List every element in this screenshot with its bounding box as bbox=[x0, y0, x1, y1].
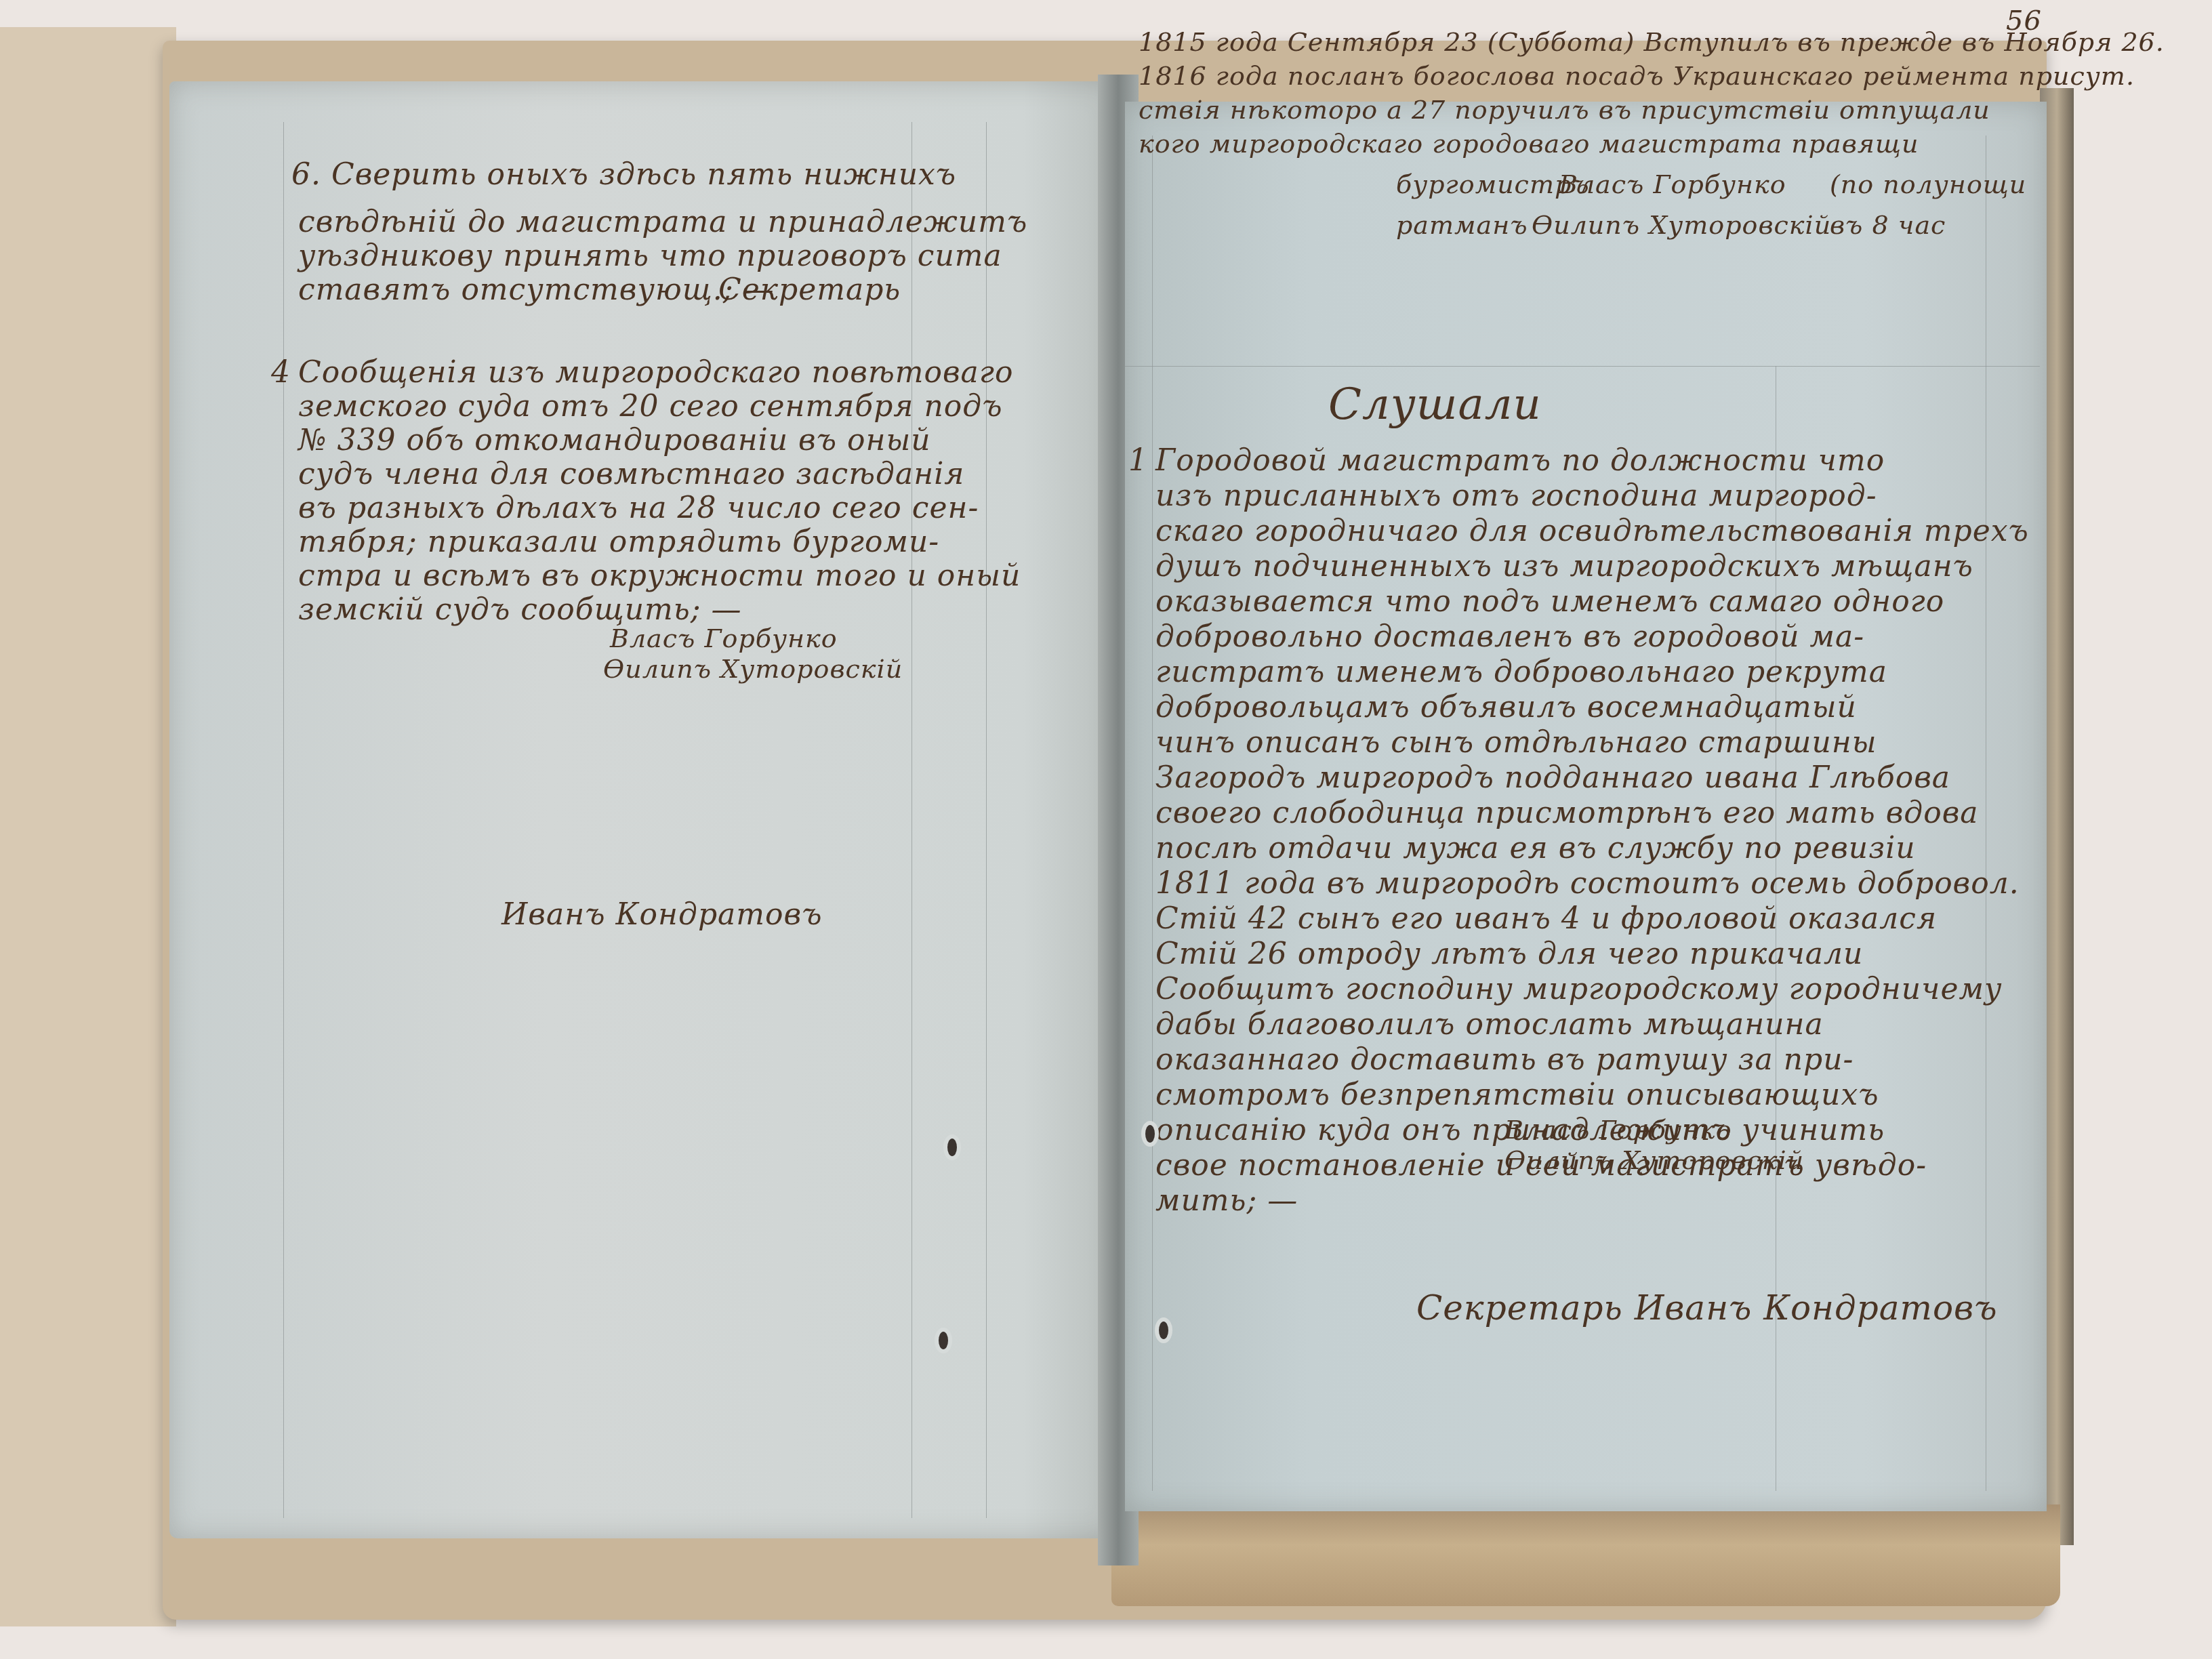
binding-hole bbox=[947, 1139, 957, 1156]
left-entry-4-signature-1: Власъ Горбунко bbox=[610, 623, 838, 653]
right-entry-1-line: гистратъ именемъ добровольнаго рекрута bbox=[1155, 652, 1887, 693]
right-entry-1-line: оказаннаго доставить въ ратушу за при- bbox=[1155, 1040, 1853, 1080]
right-entry-1-line: смотромъ безпрепятствіи описывающихъ bbox=[1155, 1075, 1879, 1115]
binding-hole bbox=[1159, 1322, 1168, 1339]
right-entry-1-line: дабы благоволилъ отослать мѣщанина bbox=[1155, 1004, 1824, 1045]
right-entry-1-signature-1: Власъ Горбунко bbox=[1504, 1115, 1732, 1145]
right-entry-1-line: оказывается что подъ именемъ самаго одно… bbox=[1155, 581, 1944, 622]
official-1-name: Власъ Горбунко bbox=[1559, 169, 1786, 199]
right-entry-1-number: 1 bbox=[1128, 441, 1148, 481]
right-entry-1-line: добровольно доставленъ въ городовой ма- bbox=[1155, 617, 1864, 657]
right-entry-1-line: изъ присланныхъ отъ господина миргород- bbox=[1155, 476, 1877, 516]
left-inner-rule bbox=[912, 122, 912, 1518]
right-header-line-4: кого миргородскаго городоваго магистрата… bbox=[1139, 129, 1919, 159]
right-margin-rule bbox=[1152, 136, 1153, 1491]
right-header-line-2: 1816 года посланъ богослова посадъ Украи… bbox=[1139, 61, 2135, 91]
official-2-name: Ѳилипъ Хуторовскій bbox=[1532, 210, 1831, 240]
right-entry-1-line: добровольцамъ объявилъ восемнадцатый bbox=[1155, 687, 1857, 728]
left-margin-rule bbox=[283, 122, 284, 1518]
official-2-note: въ 8 час bbox=[1830, 210, 1946, 240]
page-stack-edge-bottom bbox=[1111, 1504, 2060, 1606]
right-entry-1-line: Стій 42 сынъ его иванъ 4 и фроловой оказ… bbox=[1155, 899, 1937, 939]
folder-cover-left bbox=[0, 27, 176, 1626]
right-entry-1-line: послѣ отдачи мужа ея въ службу по ревизі… bbox=[1155, 828, 1916, 869]
official-2-title: ратманъ bbox=[1396, 210, 1528, 240]
right-header-line-1: 1815 года Сентября 23 (Суббота) Вступилъ… bbox=[1139, 27, 2165, 57]
right-entry-1-line: Сообщитъ господину миргородскому городни… bbox=[1155, 969, 2003, 1010]
binding-hole bbox=[1145, 1125, 1155, 1143]
right-entry-1-line: мить; — bbox=[1155, 1181, 1298, 1221]
right-entry-1-line: 1811 года въ миргородѣ состоитъ осемь до… bbox=[1155, 863, 2020, 904]
binding-hole bbox=[939, 1332, 948, 1349]
left-entry-6-line-4: ставятъ отсутствующ.; — bbox=[298, 270, 775, 310]
right-entry-1-line: Загородъ миргородъ подданнаго ивана Глѣб… bbox=[1155, 758, 1950, 798]
right-header-rule bbox=[1125, 366, 2040, 367]
left-outer-rule bbox=[986, 122, 987, 1518]
right-header-line-3: ствія нѣкоторо а 27 поручилъ въ присутст… bbox=[1139, 95, 1990, 125]
left-entry-4-number: 4 bbox=[271, 352, 291, 393]
right-entry-1-line: чинъ описанъ сынъ отдѣльнаго старшины bbox=[1155, 722, 1877, 763]
right-entry-1-line: Стій 26 отроду лѣтъ для чего прикачали bbox=[1155, 934, 1863, 975]
right-entry-1-line: скаго городничаго для освидѣтельствовані… bbox=[1155, 511, 2029, 552]
left-entry-6-signature: Секретарь bbox=[718, 270, 901, 310]
left-bottom-signature: Иванъ Кондратовъ bbox=[501, 895, 822, 935]
left-entry-4-signature-2: Ѳилипъ Хуторовскій bbox=[603, 654, 903, 684]
section-heading: Слушали bbox=[1328, 380, 1542, 430]
right-bottom-signature: Секретарь Иванъ Кондратовъ bbox=[1416, 1288, 1998, 1328]
left-entry-6-line-1: 6. Сверить оныхъ здѣсь пять нижнихъ bbox=[291, 155, 956, 195]
official-1-note: (по полунощи bbox=[1830, 169, 2026, 199]
right-entry-1-line: душъ подчиненныхъ изъ миргородскихъ мѣща… bbox=[1155, 546, 1973, 587]
right-entry-1-line: Городовой магистратъ по должности что bbox=[1155, 441, 1885, 481]
right-entry-1-signature-2: Ѳилипъ Хуторовскій bbox=[1504, 1145, 1804, 1175]
right-entry-1-line: своего слободинца присмотрѣнъ его мать в… bbox=[1155, 793, 1979, 834]
